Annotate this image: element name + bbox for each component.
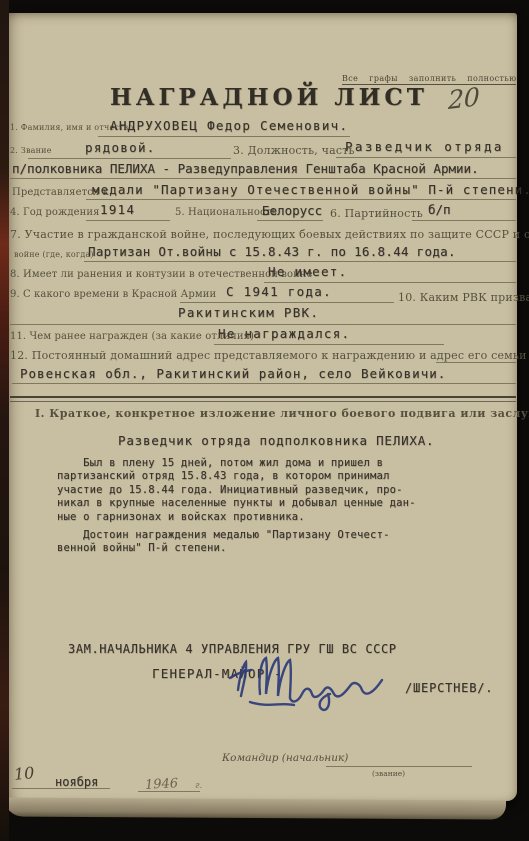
book-binding	[0, 0, 9, 841]
year-suffix: г.	[195, 781, 202, 791]
rule	[436, 362, 516, 363]
rule	[86, 220, 170, 221]
rule	[214, 344, 444, 345]
field-value-nationality: Белорусс	[262, 203, 322, 218]
field-label-party: 6. Партийность	[330, 207, 423, 220]
field-value-party: б/п	[428, 202, 451, 217]
rule	[12, 383, 516, 384]
field-value-army-since: С 1941 года.	[226, 284, 332, 299]
field-value-rvk: Ракитинским РВК.	[178, 305, 319, 320]
field-label-duty: 3. Должность, часть	[233, 144, 355, 157]
document-scan: Все графы заполнить полностью НАГРАДНОЙ …	[0, 0, 529, 841]
field-value-duty-1: Разведчик отряда	[345, 139, 504, 154]
field-label-participation-2: войне (где, когда)	[14, 250, 94, 259]
field-value-rank: рядовой.	[85, 140, 156, 155]
citation-section-label: I. Краткое, конкретное изложение личного…	[35, 407, 529, 420]
rule	[412, 220, 516, 221]
field-value-address: Ровенская обл., Ракитинский район, село …	[20, 366, 446, 381]
rule	[257, 220, 323, 221]
field-value-presented: медали "Партизану Отечественной войны" П…	[92, 182, 529, 197]
rule	[326, 766, 472, 767]
rule	[138, 791, 200, 792]
field-label-address: 12. Постоянный домашний адрес представля…	[10, 349, 527, 362]
rule	[84, 261, 516, 262]
field-value-participation: Партизан От.войны с 15.8.43 г. по 16.8.4…	[88, 244, 456, 259]
rule	[10, 324, 516, 325]
field-value-wounds: Не имеет.	[268, 264, 347, 279]
signature-scribble	[224, 644, 404, 714]
rank-hint-label: (звание)	[372, 769, 405, 778]
handwritten-page-number: 20	[448, 82, 480, 115]
field-label-rank: 2. Звание	[10, 146, 52, 155]
rule	[98, 136, 350, 137]
page-curl-edge	[4, 797, 506, 819]
field-value-birth-year: 1914	[100, 202, 135, 217]
rule	[86, 199, 516, 200]
commander-label: Командир (начальник)	[222, 752, 348, 764]
handwritten-day: 10	[13, 763, 35, 784]
section-divider	[10, 396, 516, 402]
field-label-participation-1: 7. Участие в гражданской войне, последую…	[10, 228, 529, 241]
field-value-prev-awards: Не награждался.	[218, 326, 350, 341]
page-title: НАГРАДНОЙ ЛИСТ	[110, 84, 428, 111]
rule	[264, 282, 516, 283]
field-label-rvk: 10. Каким РВК призван	[398, 291, 529, 304]
field-value-name: АНДРУХОВЕЦ Федор Семенович.	[110, 118, 348, 133]
rule	[28, 158, 231, 159]
rule	[10, 178, 516, 179]
field-label-army-since: 9. С какого времени в Красной Армии	[10, 289, 216, 300]
citation-paragraph-1: Был в плену 15 дней, потом жил дома и пр…	[57, 457, 427, 524]
rule	[180, 302, 394, 303]
citation-paragraph-2: Достоин награждения медалью "Партизану О…	[57, 529, 427, 556]
month-text: ноября	[55, 775, 98, 789]
citation-unit-line: Разведчик отряда подполковника ПЕЛИХА.	[118, 433, 434, 448]
field-label-birth-year: 4. Год рождения	[10, 207, 100, 218]
rule	[336, 157, 516, 158]
field-value-duty-2: п/полковника ПЕЛИХА - Разведуправления Г…	[12, 161, 479, 176]
signer-name: /ШЕРСТНЕВ/.	[405, 681, 493, 695]
